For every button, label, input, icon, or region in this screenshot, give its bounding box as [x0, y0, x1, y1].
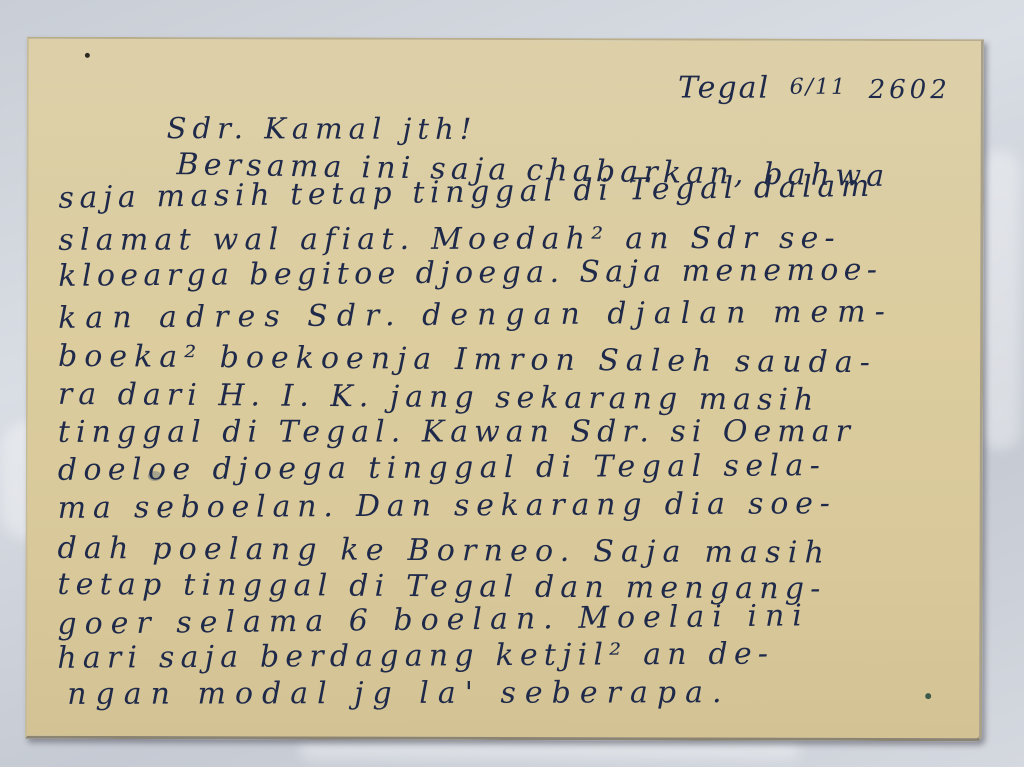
letter-line: kloearga begitoe djoega. Saja menemoe-: [58, 252, 882, 293]
date-year: 2602: [869, 75, 951, 105]
letter-line: ra dari H. I. K. jang sekarang masih: [58, 377, 820, 418]
letter-line: ngan modal jg la' seberapa.: [67, 675, 730, 712]
letter-line: tinggal di Tegal. Kawan Sdr. si Oemar: [58, 414, 856, 450]
letter-line: ma seboelan. Dan sekarang dia soe-: [58, 486, 837, 526]
letter-line: kan adres Sdr. dengan djalan mem-: [58, 294, 894, 336]
date-header: Tegal 6/11 2602: [678, 70, 951, 106]
salutation: Sdr. Kamal jth!: [167, 111, 478, 146]
letter-line: dah poelang ke Borneo. Saja masih: [57, 531, 831, 571]
letter-line: slamat wal afiat. Moedah² an Sdr se-: [58, 221, 841, 258]
place-name: Tegal: [678, 70, 770, 105]
ink-speck: [85, 53, 90, 58]
postcard: Tegal 6/11 2602 Sdr. Kamal jth! Bersama …: [25, 37, 984, 742]
letter-line: doeloe djoega tinggal di Tegal sela-: [58, 448, 827, 488]
letter-line: boeka² boekoenja Imron Saleh sauda-: [58, 339, 877, 380]
background-marble-streak: [980, 150, 1020, 450]
ink-speck: [925, 693, 931, 699]
date-day-month: 6/11: [790, 75, 847, 100]
letter-line: hari saja berdagang ketjil² an de-: [57, 636, 774, 675]
background-marble-streak: [300, 740, 800, 760]
letter-line: goer selama 6 boelan. Moelai ini: [57, 598, 810, 642]
